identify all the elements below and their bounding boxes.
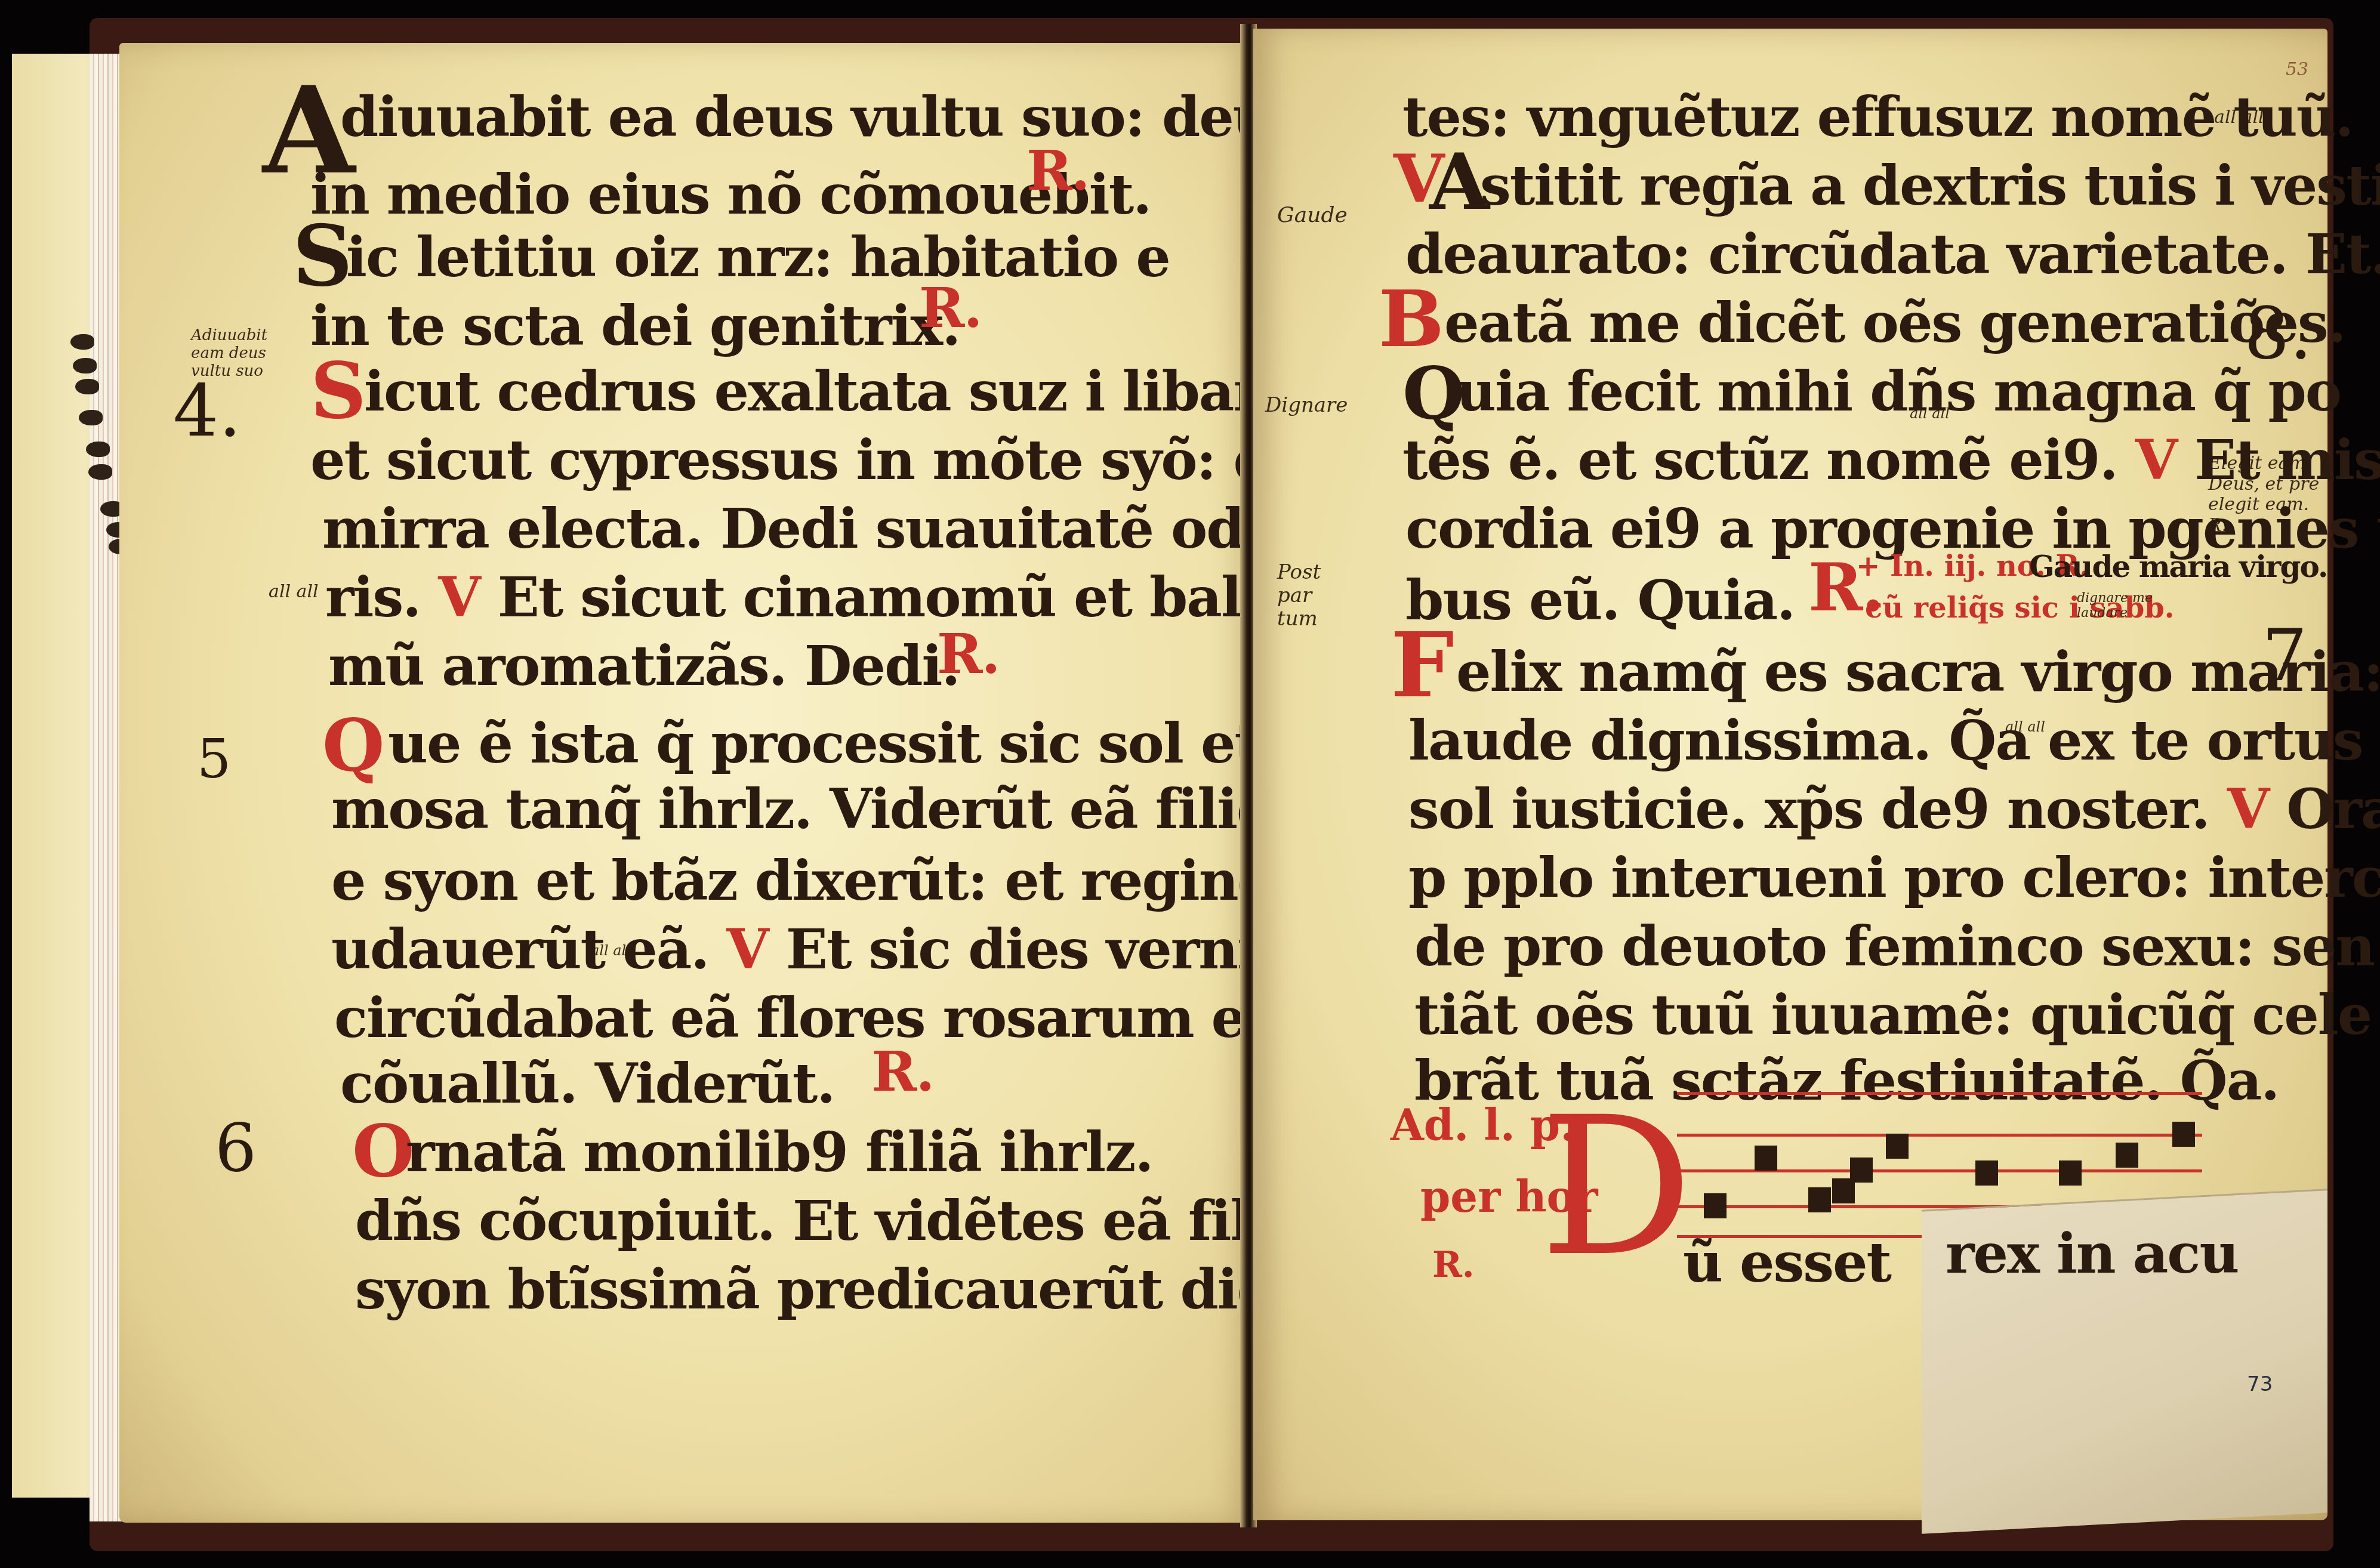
margin-number: 4. bbox=[173, 370, 242, 453]
initial-letter-red: S bbox=[310, 352, 366, 430]
text-line: in medio eius nõ cõmouebit. bbox=[310, 167, 1151, 222]
text-segment: ris. bbox=[325, 565, 420, 629]
text-line: syon btĩssimã predicauerũt dicẽ bbox=[355, 1262, 1303, 1317]
margin-note-dignare: dignare me laudare bbox=[2077, 591, 2172, 621]
text-line: bus eũ. Quia. bbox=[1405, 573, 1795, 628]
text-line: in te scta dei genitrix. bbox=[310, 298, 960, 353]
initial-letter: S bbox=[292, 215, 353, 298]
text-segment: Et miseri bbox=[2194, 428, 2380, 492]
folio-number: 73 bbox=[2247, 1372, 2273, 1396]
chant-rubric: R. bbox=[1432, 1247, 1475, 1283]
binding-tab bbox=[70, 334, 94, 350]
text-segment: Ora bbox=[2286, 777, 2380, 841]
text-line: uia fecit mihi dñs magna q̃ po bbox=[1456, 364, 2341, 419]
chant-lyric: ũ esset bbox=[1683, 1235, 1891, 1290]
music-note bbox=[1755, 1146, 1777, 1171]
initial-letter-red: B bbox=[1379, 280, 1444, 358]
text-segment: sol iusticie. xp̃s de9 noster. bbox=[1408, 777, 2209, 841]
text-line: icut cedrus exaltata suz i libano: bbox=[364, 364, 1327, 419]
music-note bbox=[2172, 1122, 2195, 1147]
text-line: tes: vnguẽtuz effusuz nomẽ tuũ. bbox=[1402, 89, 2353, 144]
music-note bbox=[1808, 1187, 1831, 1212]
music-note bbox=[1886, 1134, 1909, 1159]
rubric-versicle: V bbox=[726, 917, 767, 981]
text-line: diuuabit ea deus vultu suo: deus bbox=[340, 89, 1302, 144]
rubric-r: R. bbox=[937, 626, 1000, 681]
text-line: cordia ei9 a progenie in pgenies timẽti bbox=[1405, 501, 2380, 556]
text-line: de pro deuoto feminco sexu: sen bbox=[1414, 919, 2374, 974]
text-line: udauerũt eã. V Et sic dies verni bbox=[331, 922, 1257, 977]
initial-letter-red: Q bbox=[322, 710, 385, 782]
music-note bbox=[2116, 1143, 2138, 1168]
chant-initial: D bbox=[1540, 1092, 1693, 1283]
text-segment: tẽs ẽ. et sctũz nomẽ ei9. bbox=[1402, 428, 2117, 492]
music-note bbox=[1850, 1158, 1873, 1183]
margin-note-alleluia: all all bbox=[269, 582, 319, 603]
margin-number: 6 bbox=[215, 1110, 257, 1186]
text-line: dñs cõcupiuit. Et vidẽtes eã filie bbox=[355, 1193, 1303, 1248]
binding-tab bbox=[73, 358, 97, 374]
text-line: deaurato: circũdata varietate. Et. bbox=[1405, 227, 2380, 282]
text-line: p pplo interueni pro clero: interce bbox=[1408, 850, 2380, 905]
text-line: elix namq̃ es sacra virgo maria: et oĩ bbox=[1456, 644, 2380, 699]
chant-lyric: rex in acu bbox=[1946, 1226, 2238, 1281]
margin-note-dignare: Dignare bbox=[1265, 394, 1348, 417]
binding-tab bbox=[79, 410, 103, 425]
margin-note-post-partum: Post par tum bbox=[1277, 561, 1349, 631]
binding-tab bbox=[88, 464, 112, 480]
text-line: tiãt oẽs tuũ iuuamẽ: quicũq̃ cele bbox=[1414, 987, 2371, 1042]
text-segment: Et sicut cinamomũ et balsa bbox=[498, 565, 1305, 629]
rubric-versicle: V bbox=[2227, 777, 2268, 841]
text-segment: Et sic dies verni bbox=[786, 917, 1257, 981]
text-line: Gaude maria virgo. bbox=[2029, 552, 2327, 582]
rubric-r: R. bbox=[919, 280, 982, 335]
music-note bbox=[2059, 1160, 2082, 1186]
music-note bbox=[1975, 1160, 1998, 1186]
text-line: mũ aromatizãs. Dedi. bbox=[328, 638, 959, 693]
text-line: mosa tanq̃ ihrlz. Viderũt eã filie bbox=[331, 782, 1271, 837]
text-line: stitit regĩa a dextris tuis i vestitu bbox=[1480, 158, 2380, 213]
corner-folio: 53 bbox=[2286, 60, 2308, 81]
text-line: ris. V Et sicut cinamomũ et balsa bbox=[325, 570, 1305, 625]
initial-letter: Q bbox=[1402, 358, 1465, 430]
text-line: ue ẽ ista q̃ processit sic sol et for bbox=[388, 716, 1362, 771]
rubric-versicle: V bbox=[2135, 428, 2176, 492]
text-segment: udauerũt eã. bbox=[331, 917, 708, 981]
text-line: rnatã monilib9 filiã ihrlz. bbox=[406, 1125, 1153, 1180]
margin-note-gaude: Gaude bbox=[1277, 203, 1348, 227]
music-note bbox=[1704, 1193, 1727, 1218]
text-line: e syon et btãz dixerũt: et regine la bbox=[331, 853, 1343, 908]
rubric-r: R. bbox=[871, 1044, 934, 1099]
text-line: laude dignissima. Q̃a ex te ortus est bbox=[1408, 713, 2380, 768]
binding-tab bbox=[75, 379, 99, 394]
text-line: mirra electa. Dedi suauitatẽ odo bbox=[322, 501, 1279, 556]
text-line: sol iusticie. xp̃s de9 noster. V Ora bbox=[1408, 782, 2380, 837]
text-line: tẽs ẽ. et sctũz nomẽ ei9. V Et miseri bbox=[1402, 433, 2380, 487]
text-line: ic letitiu oiz nrz: habitatio e bbox=[346, 230, 1170, 285]
text-line: eatã me dicẽt oẽs generatiões. bbox=[1444, 295, 2345, 350]
initial-letter-red: F bbox=[1391, 621, 1454, 710]
rubric-versicle: V bbox=[438, 565, 479, 629]
staff-line bbox=[1677, 1092, 2202, 1095]
binding-tab bbox=[86, 442, 110, 457]
staff-line bbox=[1677, 1134, 2202, 1137]
initial-letter-red: O bbox=[352, 1116, 415, 1187]
text-line: et sicut cypressus in mõte syõ: q̃si bbox=[310, 433, 1320, 487]
margin-number: 5 bbox=[197, 728, 231, 791]
text-line: cõuallũ. Viderũt. bbox=[340, 1056, 834, 1111]
rubric-r: R. bbox=[1026, 143, 1089, 198]
